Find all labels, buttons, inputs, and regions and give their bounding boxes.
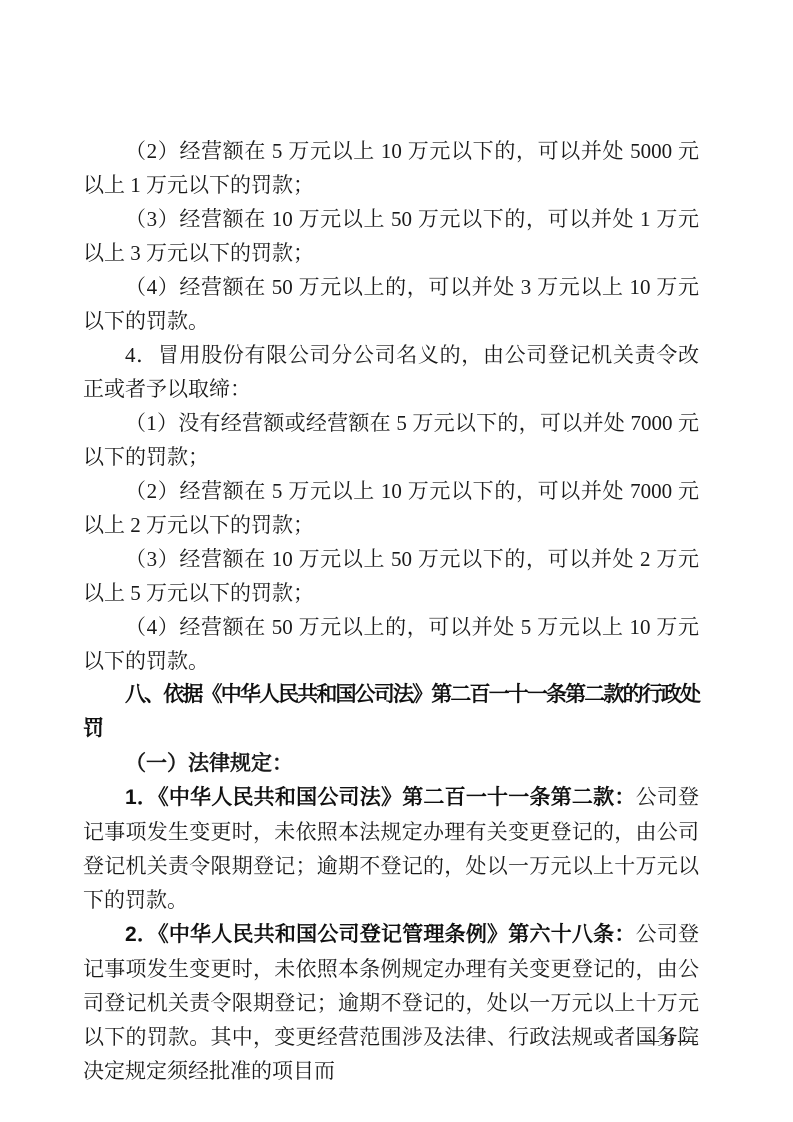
section-8-heading: 八、依据《中华人民共和国公司法》第二百一十一条第二款的行政处罚 xyxy=(83,678,699,746)
document-page: （2）经营额在 5 万元以上 10 万元以下的，可以并处 5000 元以上 1 … xyxy=(0,0,793,1122)
page-footer: — 9 — xyxy=(640,1029,697,1053)
paragraph-legal-item-2: 2．《中华人民共和国公司登记管理条例》第六十八条：公司登记事项发生变更时，未依照… xyxy=(83,917,699,1088)
paragraph-item-4-fine-2: （2）经营额在 5 万元以上 10 万元以下的，可以并处 7000 元以上 2 … xyxy=(83,474,699,542)
paragraph-fine-tier-2: （2）经营额在 5 万元以上 10 万元以下的，可以并处 5000 元以上 1 … xyxy=(83,134,699,202)
paragraph-fine-tier-3: （3）经营额在 10 万元以上 50 万元以下的，可以并处 1 万元以上 3 万… xyxy=(83,202,699,270)
paragraph-item-4-fine-1: （1）没有经营额或经营额在 5 万元以下的，可以并处 7000 元以下的罚款； xyxy=(83,406,699,474)
paragraph-item-4-fine-3: （3）经营额在 10 万元以上 50 万元以下的，可以并处 2 万元以上 5 万… xyxy=(83,542,699,610)
subsection-legal-provisions-label: （一）法律规定： xyxy=(83,746,699,780)
document-body: （2）经营额在 5 万元以上 10 万元以下的，可以并处 5000 元以上 1 … xyxy=(83,134,699,1088)
page-number: — 9 — xyxy=(640,1030,697,1051)
legal-item-2-text: 公司登记事项发生变更时，未依照本条例规定办理有关变更登记的，由公司登记机关责令限… xyxy=(83,922,699,1083)
legal-item-1-citation: 1．《中华人民共和国公司法》第二百一十一条第二款： xyxy=(125,786,636,809)
paragraph-item-4: 4．冒用股份有限公司分公司名义的，由公司登记机关责令改正或者予以取缔： xyxy=(83,338,699,406)
legal-item-2-citation: 2．《中华人民共和国公司登记管理条例》第六十八条： xyxy=(125,923,636,946)
paragraph-item-4-fine-4: （4）经营额在 50 万元以上的，可以并处 5 万元以上 10 万元以下的罚款。 xyxy=(83,610,699,678)
paragraph-fine-tier-4: （4）经营额在 50 万元以上的，可以并处 3 万元以上 10 万元以下的罚款。 xyxy=(83,270,699,338)
paragraph-legal-item-1: 1．《中华人民共和国公司法》第二百一十一条第二款：公司登记事项发生变更时，未依照… xyxy=(83,780,699,917)
